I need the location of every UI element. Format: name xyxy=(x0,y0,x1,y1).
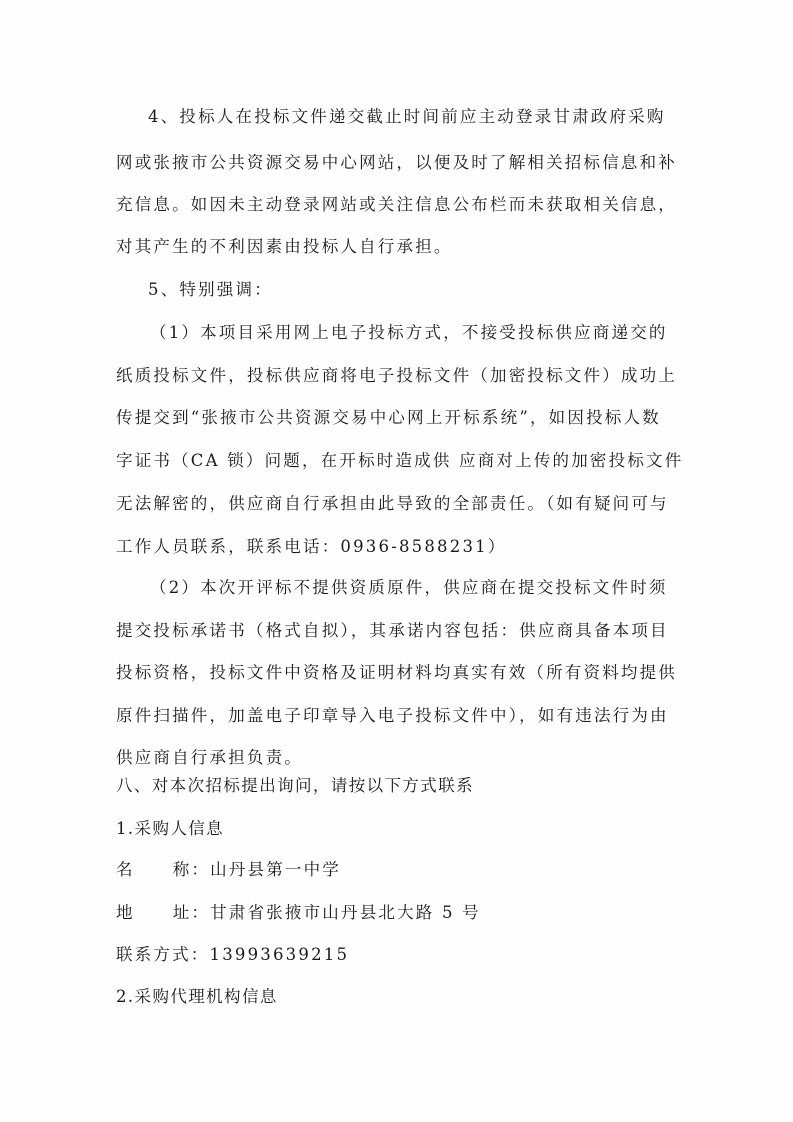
purchaser-name-value: 山丹县第一中学 xyxy=(210,860,341,879)
section8-heading: 八、对本次招标提出询问，请按以下方式联系 xyxy=(116,776,682,796)
name-label-char-2: 称： xyxy=(173,860,210,880)
item5-title: 5、特别强调： xyxy=(148,280,714,300)
purchaser-address-value: 甘肃省张掖市山丹县北大路 5 号 xyxy=(210,903,481,922)
address-label-char-1: 地 xyxy=(116,903,135,923)
point2-line-3: 投标资格，投标文件中资格及证明材料均真实有效（所有资料均提供 xyxy=(116,663,682,683)
contact-value: 13993639215 xyxy=(210,945,350,964)
point1-line-5: 无法解密的，供应商自行承担由此导致的全部责任。（如有疑问可与 xyxy=(116,494,682,514)
agency-title: 2.采购代理机构信息 xyxy=(116,987,682,1007)
point1-line-2: 纸质投标文件，投标供应商将电子投标文件（加密投标文件）成功上 xyxy=(116,366,682,386)
item4-line-1: 4、投标人在投标文件递交截止时间前应主动登录甘肃政府采购 xyxy=(148,107,714,127)
document-page: 4、投标人在投标文件递交截止时间前应主动登录甘肃政府采购 网或张掖市公共资源交易… xyxy=(0,0,793,1122)
item4-line-2: 网或张掖市公共资源交易中心网站，以便及时了解相关招标信息和补 xyxy=(116,153,682,173)
point1-line-6: 工作人员联系，联系电话：0936-8588231） xyxy=(116,537,682,557)
point1-line-4: 字证书（CA 锁）问题，在开标时造成供 应商对上传的加密投标文件 xyxy=(116,451,682,471)
point2-line-5: 供应商自行承担负责。 xyxy=(116,748,682,768)
item4-line-3: 充信息。如因未主动登录网站或关注信息公布栏而未获取相关信息， xyxy=(116,195,682,215)
purchaser-title: 1.采购人信息 xyxy=(116,819,682,839)
point1-line-3: 传提交到“张掖市公共资源交易中心网上开标系统”，如因投标人数 xyxy=(116,408,682,428)
contact-label: 联系方式： xyxy=(116,945,210,964)
item4-line-4: 对其产生的不利因素由投标人自行承担。 xyxy=(116,237,682,257)
address-label-char-2: 址： xyxy=(173,903,210,923)
purchaser-address-row: 地址：甘肃省张掖市山丹县北大路 5 号 xyxy=(116,903,682,923)
point2-line-1: （2）本次开评标不提供资质原件，供应商在提交投标文件时须 xyxy=(150,578,716,598)
name-label-char-1: 名 xyxy=(116,860,135,880)
point1-line-1: （1）本项目采用网上电子投标方式，不接受投标供应商递交的 xyxy=(150,323,716,343)
point2-line-2: 提交投标承诺书（格式自拟），其承诺内容包括：供应商具备本项目 xyxy=(116,621,682,641)
purchaser-contact-row: 联系方式：13993639215 xyxy=(116,945,682,965)
purchaser-name-row: 名称：山丹县第一中学 xyxy=(116,860,682,880)
point2-line-4: 原件扫描件，加盖电子印章导入电子投标文件中），如有违法行为由 xyxy=(116,706,682,726)
